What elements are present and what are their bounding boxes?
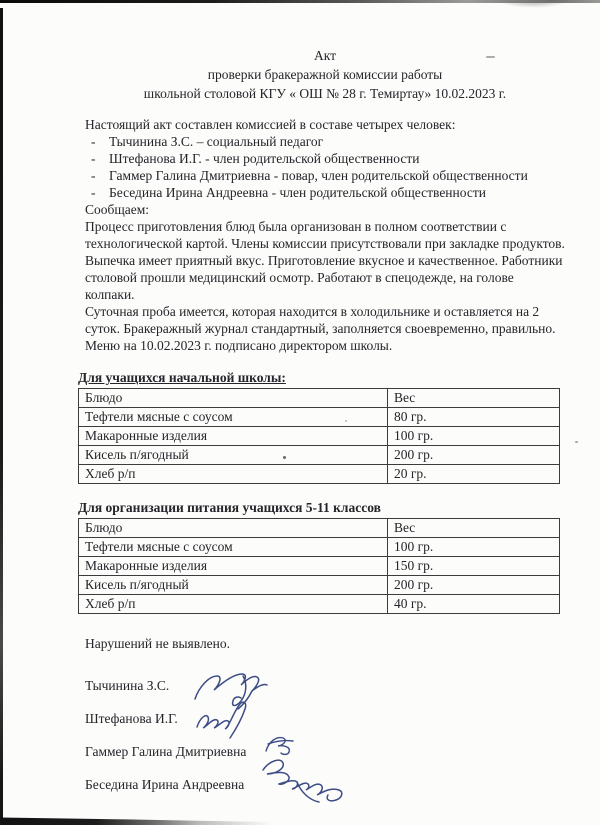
table-header-row: Блюдо Вес	[79, 389, 560, 408]
menu-section-secondary: Для организации питания учащихся 5-11 кл…	[85, 499, 565, 614]
signature-tychinina-ink	[191, 663, 281, 711]
signature-besedina-ink	[253, 754, 351, 810]
signature-row: Гаммер Галина Дмитриевна	[85, 743, 565, 760]
scanned-document-page: Акт проверки бракеражной комиссии работы…	[0, 0, 600, 825]
list-bullet: -	[85, 150, 109, 167]
title-line-2: проверки бракеражной комиссии работы	[85, 65, 565, 84]
title-line-1: Акт	[85, 46, 565, 65]
menu-table-secondary: Блюдо Вес Тефтели мясные с соусом 100 гр…	[78, 518, 560, 614]
signature-block: Тычинина З.С. Штефанова И.Г.	[85, 677, 565, 793]
menu-section-primary: Для учащихся начальной школы: Блюдо Вес …	[85, 369, 565, 484]
list-item: - Тычинина З.С. – социальный педагог	[85, 133, 565, 150]
weight-cell: 200 гр.	[387, 446, 559, 465]
member-3: Гаммер Галина Дмитриевна - повар, член р…	[109, 167, 528, 184]
signature-row: Беседина Ирина Андреевна	[85, 776, 565, 793]
weight-cell: 40 гр.	[387, 595, 559, 614]
table-header-row: Блюдо Вес	[79, 519, 560, 538]
paragraph-daily-sample: Суточная проба имеется, которая находитс…	[85, 303, 565, 354]
member-4: Беседина Ирина Андреевна - член родитель…	[109, 184, 486, 201]
dish-cell: Тефтели мясные с соусом	[79, 538, 388, 557]
weight-cell: 20 гр.	[387, 465, 559, 484]
member-2: Штефанова И.Г. - член родительской общес…	[109, 150, 419, 167]
list-bullet: -	[85, 167, 109, 184]
document-title: Акт проверки бракеражной комиссии работы…	[85, 46, 565, 103]
weight-cell: 150 гр.	[387, 557, 559, 576]
report-label: Сообщаем:	[85, 201, 565, 218]
table-row: Макаронные изделия 100 гр.	[79, 427, 560, 446]
column-header-dish: Блюдо	[79, 389, 388, 408]
intro-text: Настоящий акт составлен комиссией в сост…	[85, 116, 565, 133]
document-content: Акт проверки бракеражной комиссии работы…	[0, 0, 595, 793]
table-row: Макаронные изделия 150 гр.	[79, 557, 560, 576]
weight-cell: 100 гр.	[387, 427, 559, 446]
signatory-name-3: Гаммер Галина Дмитриевна	[85, 743, 246, 760]
dish-cell: Хлеб р/п	[79, 595, 388, 614]
list-item: - Гаммер Галина Дмитриевна - повар, член…	[85, 167, 565, 184]
table-row: Тефтели мясные с соусом 100 гр.	[79, 538, 560, 557]
dish-cell: Хлеб р/п	[79, 465, 388, 484]
menu-table-primary: Блюдо Вес Тефтели мясные с соусом 80 гр.…	[78, 388, 560, 484]
member-1: Тычинина З.С. – социальный педагог	[109, 133, 323, 150]
signature-shtefanova-ink	[193, 697, 263, 743]
dish-cell: Кисель п/ягодный	[79, 576, 388, 595]
weight-cell: 200 гр.	[387, 576, 559, 595]
dish-cell: Макаронные изделия	[79, 427, 388, 446]
list-bullet: -	[85, 133, 109, 150]
column-header-dish: Блюдо	[79, 519, 388, 538]
column-header-weight: Вес	[387, 389, 559, 408]
weight-cell: 100 гр.	[387, 538, 559, 557]
column-header-weight: Вес	[387, 519, 559, 538]
scan-edge-bottom	[0, 815, 320, 825]
table-2-heading: Для организации питания учащихся 5-11 кл…	[78, 499, 565, 516]
list-item: - Штефанова И.Г. - член родительской общ…	[85, 150, 565, 167]
commission-members-list: - Тычинина З.С. – социальный педагог - Ш…	[85, 133, 565, 201]
table-row: Тефтели мясные с соусом 80 гр.	[79, 408, 560, 427]
paragraph-cooking-process: Процесс приготовления блюд была организо…	[85, 218, 565, 303]
table-row: Кисель п/ягодный 200 гр.	[79, 446, 560, 465]
list-item: - Беседина Ирина Андреевна - член родите…	[85, 184, 565, 201]
dish-cell: Тефтели мясные с соусом	[79, 408, 388, 427]
signatory-name-2: Штефанова И.Г.	[85, 710, 178, 727]
signatory-name-1: Тычинина З.С.	[85, 677, 169, 694]
signature-row: Тычинина З.С.	[85, 677, 565, 694]
list-bullet: -	[85, 184, 109, 201]
table-row: Кисель п/ягодный 200 гр.	[79, 576, 560, 595]
dish-cell: Кисель п/ягодный	[79, 446, 388, 465]
signature-gammer-ink	[261, 732, 299, 758]
dish-cell: Макаронные изделия	[79, 557, 388, 576]
table-row: Хлеб р/п 40 гр.	[79, 595, 560, 614]
table-row: Хлеб р/п 20 гр.	[79, 465, 560, 484]
table-1-heading: Для учащихся начальной школы:	[78, 369, 565, 386]
signature-row: Штефанова И.Г.	[85, 710, 565, 727]
conclusion-text: Нарушений не выявлено.	[85, 635, 565, 652]
title-line-3: школьной столовой КГУ « ОШ № 28 г. Темир…	[85, 84, 565, 103]
weight-cell: 80 гр.	[387, 408, 559, 427]
signatory-name-4: Беседина Ирина Андреевна	[85, 776, 244, 793]
